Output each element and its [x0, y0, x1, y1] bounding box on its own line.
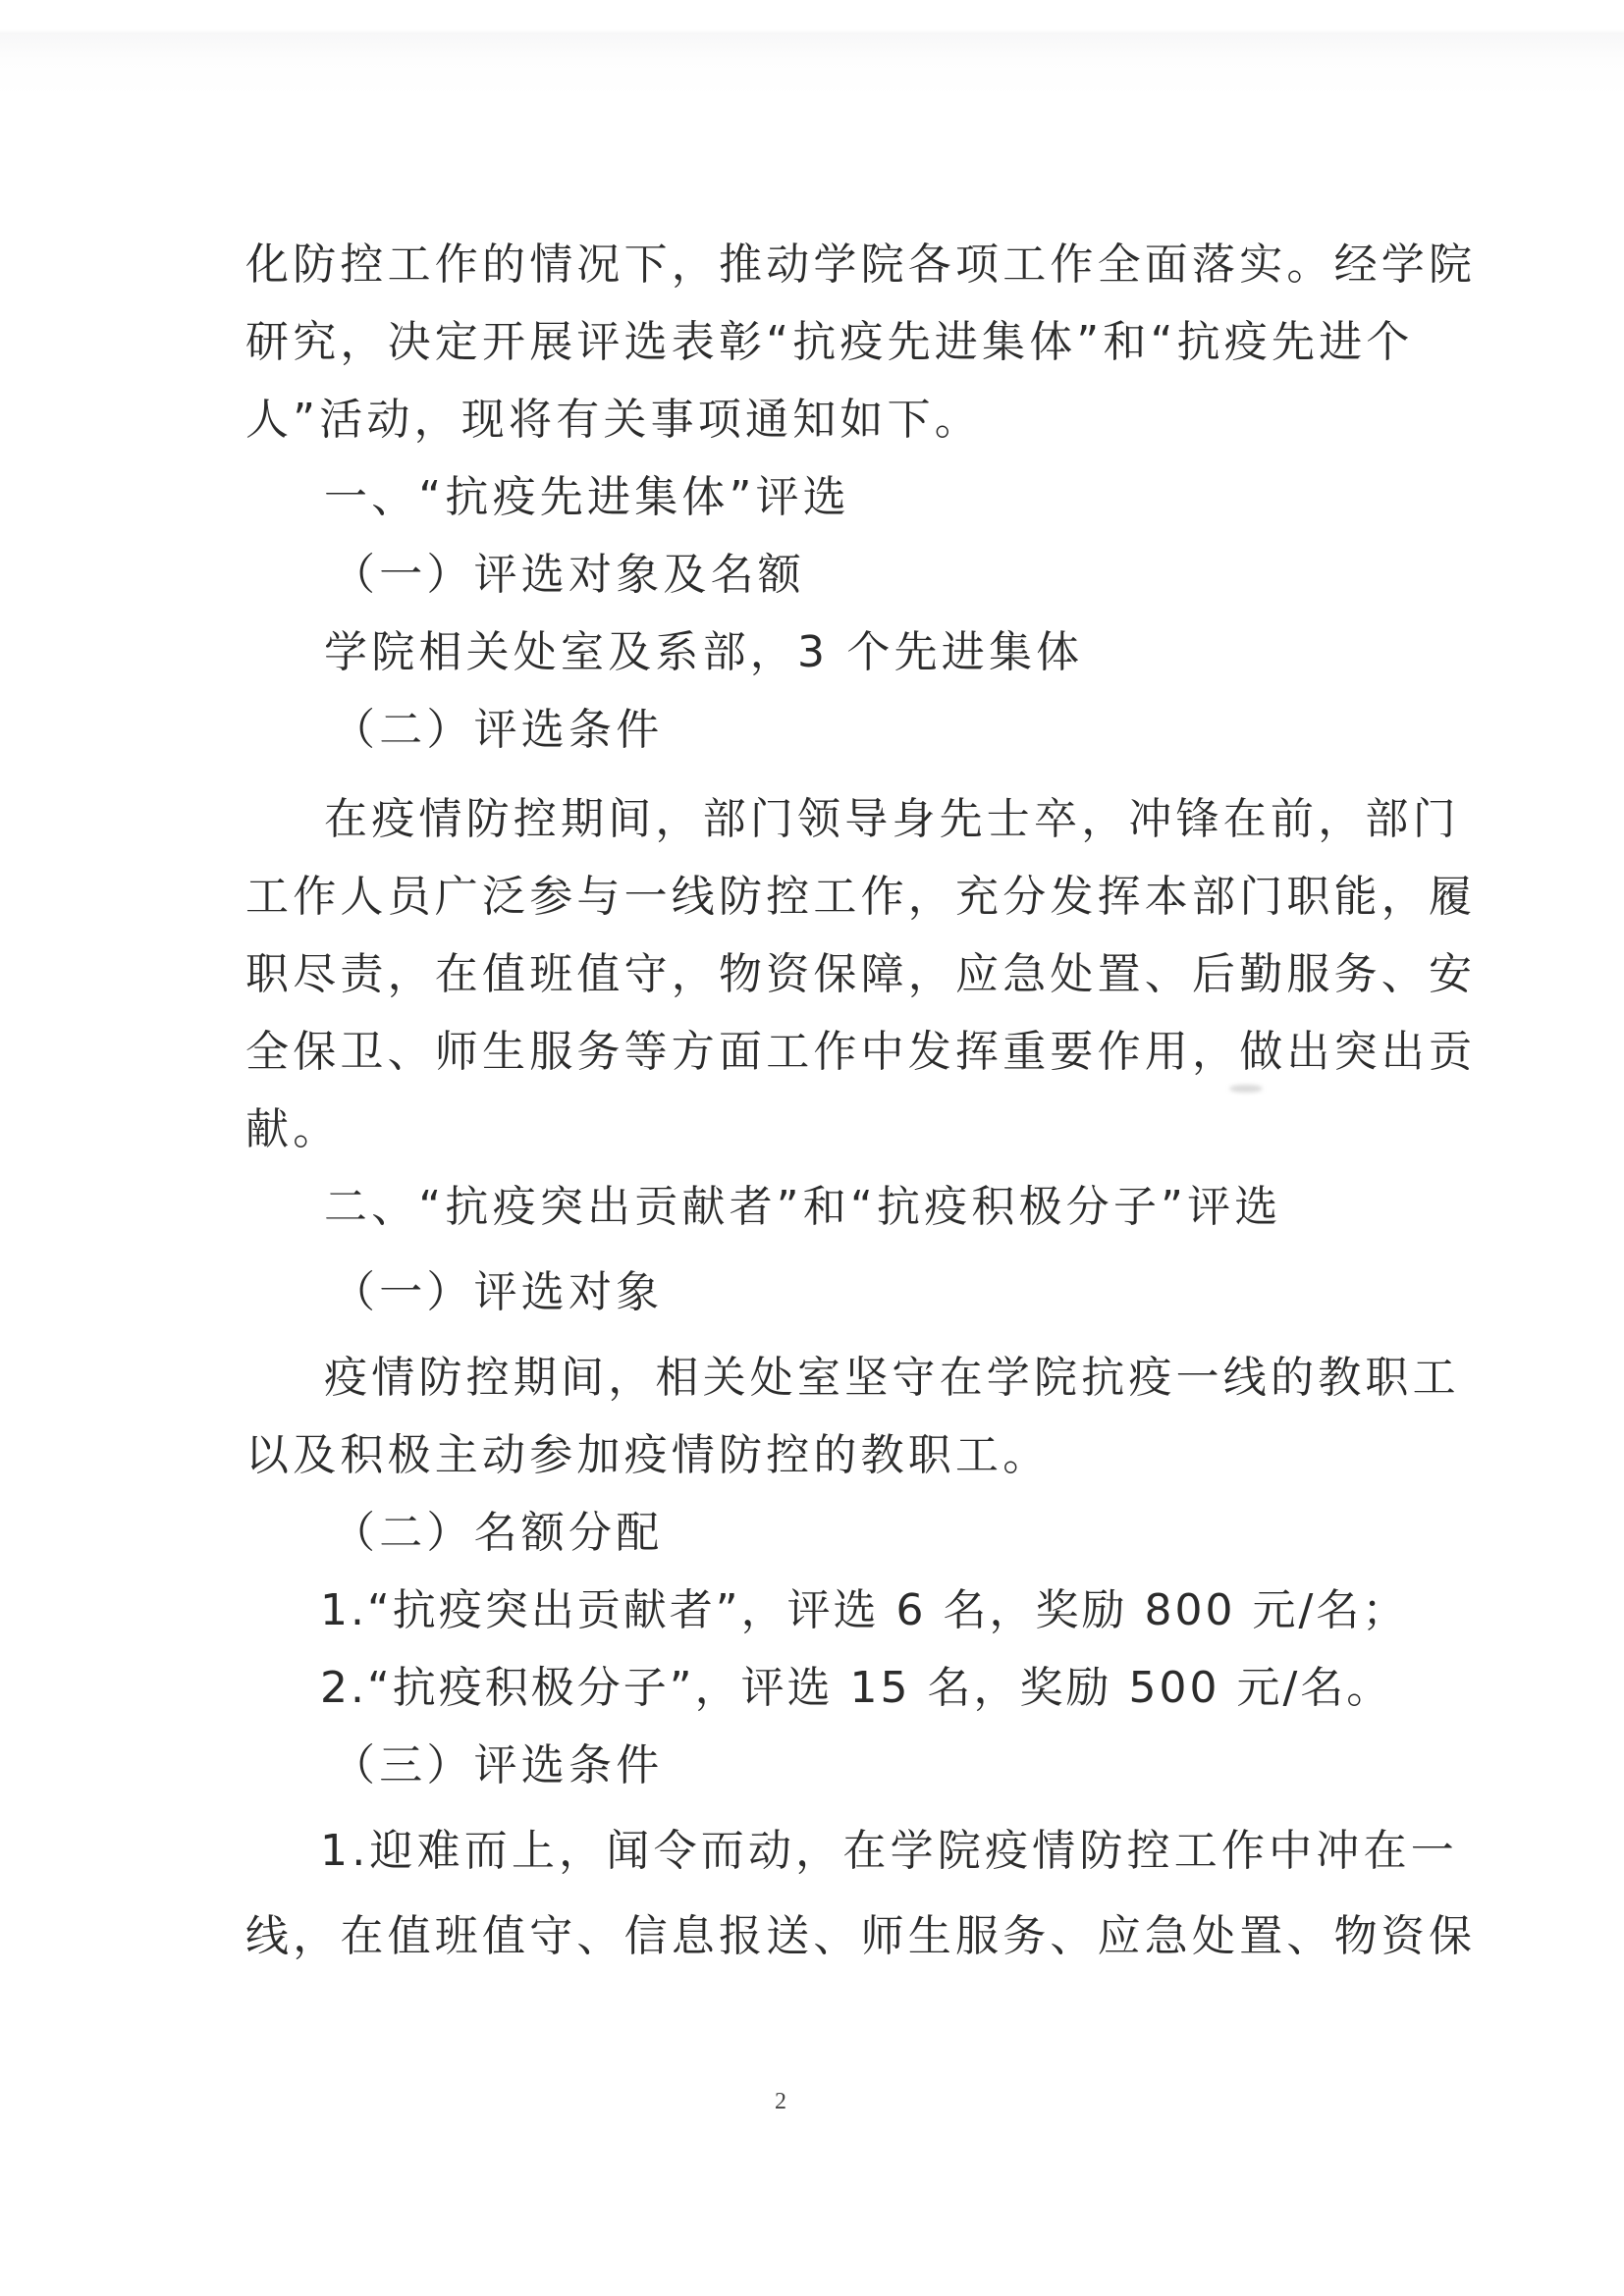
paragraph-criteria-line-5: 献。	[245, 1100, 340, 1159]
page-number: 2	[775, 2089, 786, 2115]
subsection-heading-1-1: （一）评选对象及名额	[332, 546, 805, 605]
subsection-heading-2-1: （一）评选对象	[332, 1263, 663, 1322]
quota-item-2: 2.“抗疫积极分子”，评选 15 名，奖励 500 元/名。	[320, 1659, 1392, 1718]
paragraph-criteria-line-3: 职尽责，在值班值守，物资保障，应急处置、后勤服务、安	[245, 945, 1349, 1004]
section-heading-1: 一、“抗疫先进集体”评选	[324, 468, 850, 527]
section-heading-2: 二、“抗疫突出贡献者”和“抗疫积极分子”评选	[324, 1178, 1282, 1237]
subsection-heading-1-2: （二）评选条件	[332, 701, 663, 760]
paragraph-intro-line-1: 化防控工作的情况下，推动学院各项工作全面落实。经学院	[245, 236, 1349, 294]
document-page: 化防控工作的情况下，推动学院各项工作全面落实。经学院 研究，决定开展评选表彰“抗…	[0, 0, 1624, 2296]
quota-item-1: 1.“抗疫突出贡献者”，评选 6 名，奖励 800 元/名；	[320, 1581, 1408, 1640]
subsection-heading-2-2: （二）名额分配	[332, 1504, 663, 1563]
scan-smudge	[1229, 1085, 1263, 1093]
paragraph-conditions-line-2: 线，在值班值守、信息报送、师生服务、应急处置、物资保	[245, 1907, 1349, 1966]
paragraph-targets-individual-line-2: 以及积极主动参加疫情防控的教职工。	[245, 1426, 1050, 1485]
paragraph-targets-individual-line-1: 疫情防控期间，相关处室坚守在学院抗疫一线的教职工	[324, 1349, 1349, 1408]
paragraph-conditions-line-1: 1.迎难而上，闻令而动，在学院疫情防控工作中冲在一	[320, 1822, 1349, 1881]
paragraph-intro-line-2: 研究，决定开展评选表彰“抗疫先进集体”和“抗疫先进个	[245, 313, 1349, 372]
paragraph-criteria-line-4: 全保卫、师生服务等方面工作中发挥重要作用，做出突出贡	[245, 1023, 1349, 1082]
paragraph-intro-line-3: 人”活动，现将有关事项通知如下。	[245, 391, 982, 450]
subsection-heading-2-3: （三）评选条件	[332, 1736, 663, 1795]
paragraph-targets-collective: 学院相关处室及系部，3 个先进集体	[324, 623, 1083, 682]
paragraph-criteria-line-2: 工作人员广泛参与一线防控工作，充分发挥本部门职能，履	[245, 868, 1349, 927]
paragraph-criteria-line-1: 在疫情防控期间，部门领导身先士卒，冲锋在前，部门	[324, 790, 1349, 849]
